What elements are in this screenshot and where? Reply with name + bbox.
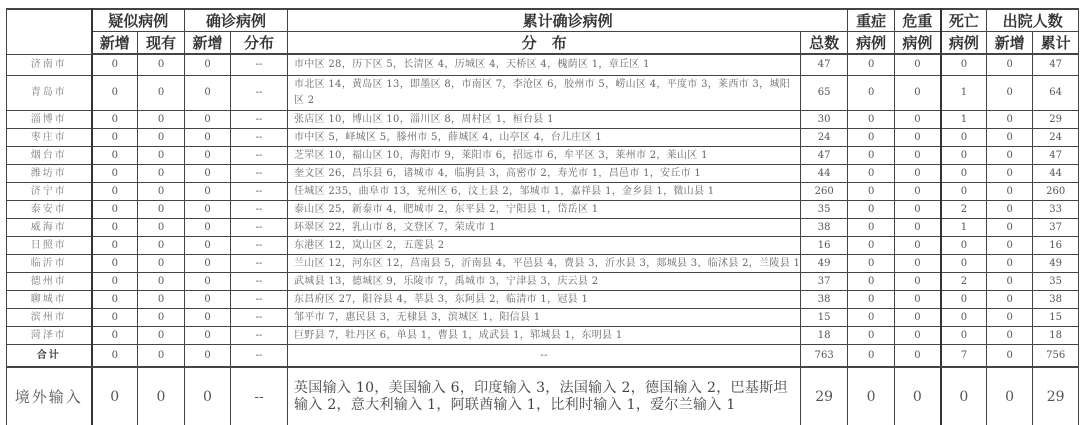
death-count: 0 <box>941 291 987 309</box>
discharged-total: 44 <box>1033 165 1079 183</box>
suspected-current: 0 <box>138 255 185 273</box>
severe-count: 0 <box>848 219 895 237</box>
city-name: 菏泽市 <box>7 327 92 345</box>
imported-row: 境外输入 0 0 0 -- 英国输入 10，美国输入 6，印度输入 3，法国输入… <box>7 367 1079 425</box>
suspected-current: 0 <box>138 183 185 201</box>
suspected-new: 0 <box>92 183 138 201</box>
cumulative-distribution: 环翠区 22，乳山市 8，文登区 7，荣成市 1 <box>288 219 801 237</box>
confirmed-dist: -- <box>231 54 288 76</box>
header-discharged-new: 新增 <box>987 32 1033 55</box>
severe-count: 0 <box>848 327 895 345</box>
city-name: 潍坊市 <box>7 165 92 183</box>
confirmed-new: 0 <box>185 76 231 111</box>
death-count: 0 <box>941 327 987 345</box>
severe-count: 0 <box>848 183 895 201</box>
suspected-new: 0 <box>92 147 138 165</box>
cumulative-total: 16 <box>801 237 848 255</box>
death-count: 1 <box>941 111 987 129</box>
death-count: 2 <box>941 273 987 291</box>
suspected-current: 0 <box>138 291 185 309</box>
confirmed-dist: -- <box>231 345 288 368</box>
critical-count: 0 <box>895 111 941 129</box>
death-count: 0 <box>941 183 987 201</box>
confirmed-dist: -- <box>231 219 288 237</box>
city-name: 境外输入 <box>7 367 92 425</box>
critical-count: 0 <box>895 165 941 183</box>
suspected-new: 0 <box>92 237 138 255</box>
critical-count: 0 <box>895 129 941 147</box>
critical-count: 0 <box>895 367 941 425</box>
severe-count: 0 <box>848 309 895 327</box>
discharged-new: 0 <box>987 367 1033 425</box>
severe-count: 0 <box>848 237 895 255</box>
city-name: 淄博市 <box>7 111 92 129</box>
table-row: 济南市 0 0 0 -- 市中区 28，历下区 5，长清区 4，历城区 4，天桥… <box>7 54 1079 76</box>
suspected-new: 0 <box>92 255 138 273</box>
table-row: 滨州市 0 0 0 -- 邹平市 7，惠民县 3，无棣县 3，滨城区 1，阳信县… <box>7 309 1079 327</box>
severe-count: 0 <box>848 76 895 111</box>
confirmed-dist: -- <box>231 309 288 327</box>
table-row: 淄博市 0 0 0 -- 张店区 10，博山区 10，淄川区 8，周村区 1，桓… <box>7 111 1079 129</box>
table-row: 潍坊市 0 0 0 -- 奎文区 26，昌乐县 6，诸城市 4，临朐县 3，高密… <box>7 165 1079 183</box>
table-row: 菏泽市 0 0 0 -- 巨野县 7，牡丹区 6，单县 1，曹县 1，成武县 1… <box>7 327 1079 345</box>
discharged-new: 0 <box>987 147 1033 165</box>
suspected-current: 0 <box>138 111 185 129</box>
cumulative-total: 47 <box>801 147 848 165</box>
header-discharged: 出院人数 <box>987 9 1079 32</box>
discharged-total: 29 <box>1033 367 1079 425</box>
confirmed-new: 0 <box>185 219 231 237</box>
cumulative-total: 44 <box>801 165 848 183</box>
death-count: 7 <box>941 345 987 368</box>
suspected-new: 0 <box>92 309 138 327</box>
suspected-new: 0 <box>92 367 138 425</box>
confirmed-dist: -- <box>231 367 288 425</box>
table-row: 青岛市 0 0 0 -- 市北区 14，黄岛区 13，即墨区 8，市南区 7，李… <box>7 76 1079 111</box>
critical-count: 0 <box>895 291 941 309</box>
suspected-new: 0 <box>92 273 138 291</box>
critical-count: 0 <box>895 76 941 111</box>
severe-count: 0 <box>848 345 895 368</box>
discharged-total: 24 <box>1033 129 1079 147</box>
critical-count: 0 <box>895 255 941 273</box>
severe-count: 0 <box>848 201 895 219</box>
death-count: 1 <box>941 219 987 237</box>
severe-count: 0 <box>848 111 895 129</box>
header-severe-l2: 病例 <box>848 32 895 55</box>
death-count: 0 <box>941 54 987 76</box>
discharged-total: 37 <box>1033 219 1079 237</box>
discharged-new: 0 <box>987 309 1033 327</box>
table-body: 济南市 0 0 0 -- 市中区 28，历下区 5，长清区 4，历城区 4，天桥… <box>7 54 1079 425</box>
confirmed-dist: -- <box>231 129 288 147</box>
confirmed-dist: -- <box>231 291 288 309</box>
confirmed-new: 0 <box>185 147 231 165</box>
critical-count: 0 <box>895 147 941 165</box>
cumulative-distribution: 张店区 10，博山区 10，淄川区 8，周村区 1，桓台县 1 <box>288 111 801 129</box>
header-suspected-new: 新增 <box>92 32 138 55</box>
confirmed-new: 0 <box>185 345 231 368</box>
suspected-current: 0 <box>138 273 185 291</box>
suspected-new: 0 <box>92 291 138 309</box>
cumulative-distribution: 泰山区 25，新泰市 4，肥城市 2，东平县 2，宁阳县 1，岱岳区 1 <box>288 201 801 219</box>
header-critical-l1: 危重 <box>895 9 941 32</box>
confirmed-new: 0 <box>185 54 231 76</box>
cumulative-total: 763 <box>801 345 848 368</box>
cumulative-distribution: 东港区 12，岚山区 2，五莲县 2 <box>288 237 801 255</box>
cumulative-total: 38 <box>801 291 848 309</box>
cumulative-distribution: 芝罘区 10，福山区 10，海阳市 9，莱阳市 6，招远市 6，牟平区 3，莱州… <box>288 147 801 165</box>
severe-count: 0 <box>848 291 895 309</box>
suspected-new: 0 <box>92 327 138 345</box>
header-cumulative: 累计确诊病例 <box>288 9 848 32</box>
confirmed-new: 0 <box>185 165 231 183</box>
confirmed-new: 0 <box>185 237 231 255</box>
confirmed-dist: -- <box>231 76 288 111</box>
discharged-new: 0 <box>987 201 1033 219</box>
cumulative-total: 38 <box>801 219 848 237</box>
city-name: 威海市 <box>7 219 92 237</box>
confirmed-new: 0 <box>185 367 231 425</box>
cumulative-distribution: 东昌府区 27，阳谷县 4，莘县 3，东阿县 2，临清市 1，冠县 1 <box>288 291 801 309</box>
table-row: 日照市 0 0 0 -- 东港区 12，岚山区 2，五莲县 2 16 0 0 0… <box>7 237 1079 255</box>
death-count: 0 <box>941 255 987 273</box>
discharged-total: 18 <box>1033 327 1079 345</box>
discharged-total: 260 <box>1033 183 1079 201</box>
cumulative-distribution: 兰山区 12，河东区 12，莒南县 5，沂南县 4，平邑县 4，费县 3，沂水县… <box>288 255 801 273</box>
header-death-l1: 死亡 <box>941 9 987 32</box>
confirmed-new: 0 <box>185 255 231 273</box>
city-name: 烟台市 <box>7 147 92 165</box>
discharged-new: 0 <box>987 76 1033 111</box>
header-death-l2: 病例 <box>941 32 987 55</box>
death-count: 0 <box>941 309 987 327</box>
city-name: 聊城市 <box>7 291 92 309</box>
discharged-total: 64 <box>1033 76 1079 111</box>
city-name: 泰安市 <box>7 201 92 219</box>
cumulative-distribution: 巨野县 7，牡丹区 6，单县 1，曹县 1，成武县 1，郓城县 1，东明县 1 <box>288 327 801 345</box>
confirmed-new: 0 <box>185 273 231 291</box>
header-severe-l1: 重症 <box>848 9 895 32</box>
discharged-new: 0 <box>987 129 1033 147</box>
header-confirmed-new: 新增 <box>185 32 231 55</box>
suspected-current: 0 <box>138 309 185 327</box>
header-confirmed-dist: 分布 <box>231 32 288 55</box>
covid-statistics-table: 疑似病例 确诊病例 累计确诊病例 重症 危重 死亡 出院人数 新增 现有 新增 … <box>6 8 1079 425</box>
suspected-current: 0 <box>138 129 185 147</box>
severe-count: 0 <box>848 367 895 425</box>
confirmed-new: 0 <box>185 111 231 129</box>
discharged-new: 0 <box>987 54 1033 76</box>
critical-count: 0 <box>895 237 941 255</box>
cumulative-distribution: 市中区 28，历下区 5，长清区 4，历城区 4，天桥区 4，槐荫区 1，章丘区… <box>288 54 801 76</box>
discharged-new: 0 <box>987 345 1033 368</box>
critical-count: 0 <box>895 345 941 368</box>
confirmed-dist: -- <box>231 327 288 345</box>
critical-count: 0 <box>895 309 941 327</box>
cumulative-total: 29 <box>801 367 848 425</box>
severe-count: 0 <box>848 129 895 147</box>
severe-count: 0 <box>848 255 895 273</box>
cumulative-distribution: -- <box>288 345 801 368</box>
cumulative-distribution: 奎文区 26，昌乐县 6，诸城市 4，临朐县 3，高密市 2，寿光市 1，昌邑市… <box>288 165 801 183</box>
cumulative-distribution: 市北区 14，黄岛区 13，即墨区 8，市南区 7，李沧区 6，胶州市 5，崂山… <box>288 76 801 111</box>
cumulative-total: 24 <box>801 129 848 147</box>
table-row: 聊城市 0 0 0 -- 东昌府区 27，阳谷县 4，莘县 3，东阿县 2，临清… <box>7 291 1079 309</box>
cumulative-total: 35 <box>801 201 848 219</box>
table-row: 烟台市 0 0 0 -- 芝罘区 10，福山区 10，海阳市 9，莱阳市 6，招… <box>7 147 1079 165</box>
cumulative-total: 18 <box>801 327 848 345</box>
confirmed-dist: -- <box>231 147 288 165</box>
suspected-current: 0 <box>138 201 185 219</box>
suspected-new: 0 <box>92 165 138 183</box>
covid-statistics-table-container: 疑似病例 确诊病例 累计确诊病例 重症 危重 死亡 出院人数 新增 现有 新增 … <box>6 8 1079 425</box>
severe-count: 0 <box>848 273 895 291</box>
city-name: 济南市 <box>7 54 92 76</box>
cumulative-distribution: 邹平市 7，惠民县 3，无棣县 3，滨城区 1，阳信县 1 <box>288 309 801 327</box>
suspected-current: 0 <box>138 327 185 345</box>
suspected-current: 0 <box>138 54 185 76</box>
suspected-new: 0 <box>92 201 138 219</box>
severe-count: 0 <box>848 165 895 183</box>
discharged-total: 47 <box>1033 147 1079 165</box>
death-count: 2 <box>941 201 987 219</box>
confirmed-dist: -- <box>231 273 288 291</box>
city-name: 滨州市 <box>7 309 92 327</box>
suspected-new: 0 <box>92 111 138 129</box>
cumulative-total: 37 <box>801 273 848 291</box>
critical-count: 0 <box>895 327 941 345</box>
suspected-current: 0 <box>138 147 185 165</box>
cumulative-total: 30 <box>801 111 848 129</box>
discharged-total: 49 <box>1033 255 1079 273</box>
discharged-total: 38 <box>1033 291 1079 309</box>
city-name: 济宁市 <box>7 183 92 201</box>
critical-count: 0 <box>895 183 941 201</box>
city-name: 日照市 <box>7 237 92 255</box>
suspected-current: 0 <box>138 345 185 368</box>
header-cumulative-total: 总数 <box>801 32 848 55</box>
cumulative-distribution: 市中区 5，峄城区 5，滕州市 5，薛城区 4，山亭区 4，台儿庄区 1 <box>288 129 801 147</box>
discharged-total: 756 <box>1033 345 1079 368</box>
suspected-new: 0 <box>92 219 138 237</box>
discharged-new: 0 <box>987 291 1033 309</box>
death-count: 0 <box>941 367 987 425</box>
suspected-current: 0 <box>138 76 185 111</box>
table-row: 济宁市 0 0 0 -- 任城区 235，曲阜市 13，兖州区 6，汶上县 2，… <box>7 183 1079 201</box>
confirmed-new: 0 <box>185 183 231 201</box>
confirmed-dist: -- <box>231 237 288 255</box>
table-row: 临沂市 0 0 0 -- 兰山区 12，河东区 12，莒南县 5，沂南县 4，平… <box>7 255 1079 273</box>
confirmed-new: 0 <box>185 291 231 309</box>
discharged-new: 0 <box>987 273 1033 291</box>
critical-count: 0 <box>895 201 941 219</box>
total-row: 合计 0 0 0 -- -- 763 0 0 7 0 756 <box>7 345 1079 368</box>
death-count: 0 <box>941 147 987 165</box>
header-critical-l2: 病例 <box>895 32 941 55</box>
confirmed-new: 0 <box>185 309 231 327</box>
critical-count: 0 <box>895 54 941 76</box>
cumulative-distribution: 任城区 235，曲阜市 13，兖州区 6，汶上县 2，邹城市 1，嘉祥县 1，金… <box>288 183 801 201</box>
header-cumulative-dist: 分 布 <box>288 32 801 55</box>
city-name: 合计 <box>7 345 92 368</box>
table-row: 威海市 0 0 0 -- 环翠区 22，乳山市 8，文登区 7，荣成市 1 38… <box>7 219 1079 237</box>
death-count: 0 <box>941 129 987 147</box>
critical-count: 0 <box>895 273 941 291</box>
cumulative-total: 65 <box>801 76 848 111</box>
suspected-current: 0 <box>138 165 185 183</box>
discharged-total: 47 <box>1033 54 1079 76</box>
suspected-new: 0 <box>92 129 138 147</box>
discharged-new: 0 <box>987 219 1033 237</box>
cumulative-distribution: 英国输入 10，美国输入 6，印度输入 3，法国输入 2，德国输入 2，巴基斯坦… <box>288 367 801 425</box>
discharged-total: 16 <box>1033 237 1079 255</box>
suspected-current: 0 <box>138 367 185 425</box>
suspected-current: 0 <box>138 237 185 255</box>
death-count: 0 <box>941 165 987 183</box>
discharged-total: 29 <box>1033 111 1079 129</box>
severe-count: 0 <box>848 54 895 76</box>
discharged-total: 35 <box>1033 273 1079 291</box>
severe-count: 0 <box>848 147 895 165</box>
cumulative-distribution: 武城县 13，德城区 9，乐陵市 7，禹城市 3，宁津县 3，庆云县 2 <box>288 273 801 291</box>
table-header: 疑似病例 确诊病例 累计确诊病例 重症 危重 死亡 出院人数 新增 现有 新增 … <box>7 9 1079 54</box>
header-city-blank <box>7 9 92 54</box>
cumulative-total: 15 <box>801 309 848 327</box>
header-confirmed: 确诊病例 <box>185 9 288 32</box>
cumulative-total: 47 <box>801 54 848 76</box>
discharged-new: 0 <box>987 255 1033 273</box>
header-discharged-total: 累计 <box>1033 32 1079 55</box>
suspected-new: 0 <box>92 54 138 76</box>
table-row: 泰安市 0 0 0 -- 泰山区 25，新泰市 4，肥城市 2，东平县 2，宁阳… <box>7 201 1079 219</box>
confirmed-dist: -- <box>231 201 288 219</box>
cumulative-total: 49 <box>801 255 848 273</box>
confirmed-dist: -- <box>231 165 288 183</box>
confirmed-dist: -- <box>231 255 288 273</box>
city-name: 临沂市 <box>7 255 92 273</box>
city-name: 德州市 <box>7 273 92 291</box>
death-count: 1 <box>941 76 987 111</box>
discharged-new: 0 <box>987 183 1033 201</box>
discharged-new: 0 <box>987 111 1033 129</box>
city-name: 青岛市 <box>7 76 92 111</box>
discharged-total: 15 <box>1033 309 1079 327</box>
discharged-new: 0 <box>987 327 1033 345</box>
confirmed-new: 0 <box>185 201 231 219</box>
header-suspected-current: 现有 <box>138 32 185 55</box>
header-suspected: 疑似病例 <box>92 9 185 32</box>
confirmed-new: 0 <box>185 129 231 147</box>
table-row: 枣庄市 0 0 0 -- 市中区 5，峄城区 5，滕州市 5，薛城区 4，山亭区… <box>7 129 1079 147</box>
discharged-total: 33 <box>1033 201 1079 219</box>
table-row: 德州市 0 0 0 -- 武城县 13，德城区 9，乐陵市 7，禹城市 3，宁津… <box>7 273 1079 291</box>
discharged-new: 0 <box>987 165 1033 183</box>
city-name: 枣庄市 <box>7 129 92 147</box>
suspected-new: 0 <box>92 345 138 368</box>
death-count: 0 <box>941 237 987 255</box>
confirmed-dist: -- <box>231 111 288 129</box>
discharged-new: 0 <box>987 237 1033 255</box>
suspected-new: 0 <box>92 76 138 111</box>
confirmed-new: 0 <box>185 327 231 345</box>
critical-count: 0 <box>895 219 941 237</box>
confirmed-dist: -- <box>231 183 288 201</box>
suspected-current: 0 <box>138 219 185 237</box>
cumulative-total: 260 <box>801 183 848 201</box>
